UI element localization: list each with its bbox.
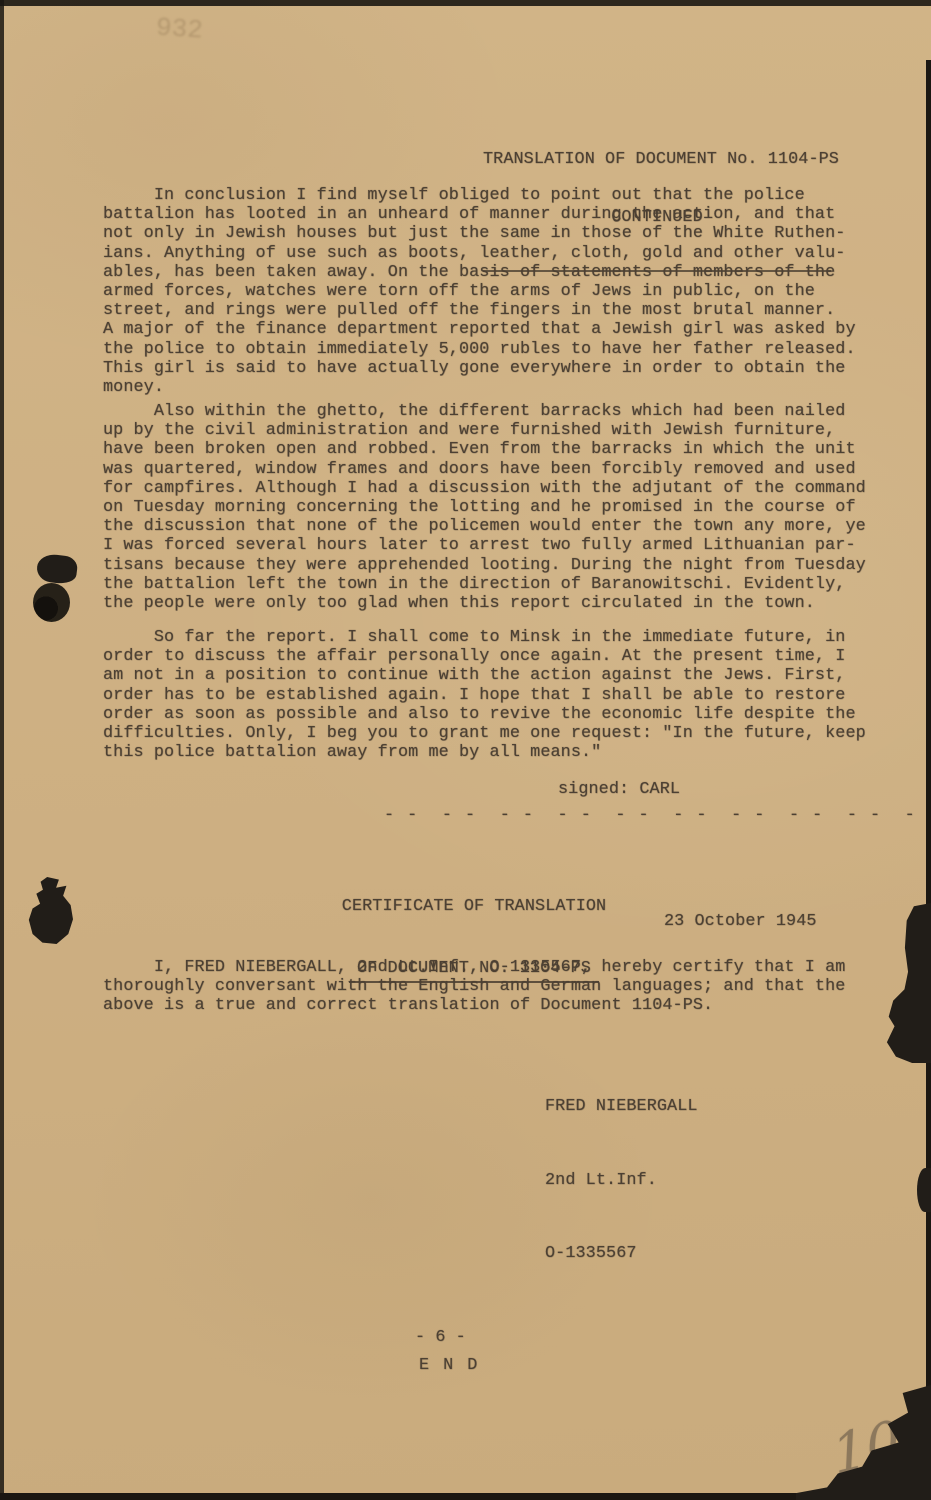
certificate-body: I, FRED NIEBERGALL, 2nd Lt.Inf., O-13355…: [103, 958, 878, 1016]
torn-edge-right-small: [917, 1168, 931, 1212]
dashed-separator: - - - - - - - - - - - - - - - - - - - -: [384, 806, 931, 825]
signature-name: FRED NIEBERGALL: [545, 1095, 698, 1120]
scan-edge-bottom: [0, 1493, 931, 1500]
header-title: TRANSLATION OF DOCUMENT No. 1104-PS: [483, 150, 831, 169]
page-number: - 6 -: [415, 1328, 466, 1347]
document-page: 932 TRANSLATION OF DOCUMENT No. 1104-PS …: [0, 0, 931, 1500]
torn-edge-right-middle: [886, 903, 931, 1063]
scan-edge-left: [0, 0, 4, 1500]
certificate-date: 23 October 1945: [664, 912, 817, 931]
certificate-title-line1: CERTIFICATE OF TRANSLATION: [338, 897, 610, 918]
scan-edge-right: [926, 60, 931, 1500]
end-label: E N D: [419, 1356, 479, 1375]
hole-punch-left-lower: [26, 877, 73, 944]
signature-block: FRED NIEBERGALL 2nd Lt.Inf. O-1335567: [545, 1046, 698, 1316]
signature-rank: 2nd Lt.Inf.: [545, 1169, 698, 1194]
signature-serial: O-1335567: [545, 1242, 698, 1267]
paragraph-report: So far the report. I shall come to Minsk…: [103, 628, 878, 762]
ink-blot-left-upper: [35, 553, 78, 586]
signed-line: signed: CARL: [558, 780, 680, 799]
hole-punch-left: [33, 583, 70, 622]
bleedthrough-mark: 932: [155, 12, 204, 45]
paragraph-conclusion: In conclusion I find myself obliged to p…: [103, 186, 878, 397]
scan-edge-top: [0, 0, 931, 6]
paragraph-ghetto: Also within the ghetto, the different ba…: [103, 402, 878, 613]
